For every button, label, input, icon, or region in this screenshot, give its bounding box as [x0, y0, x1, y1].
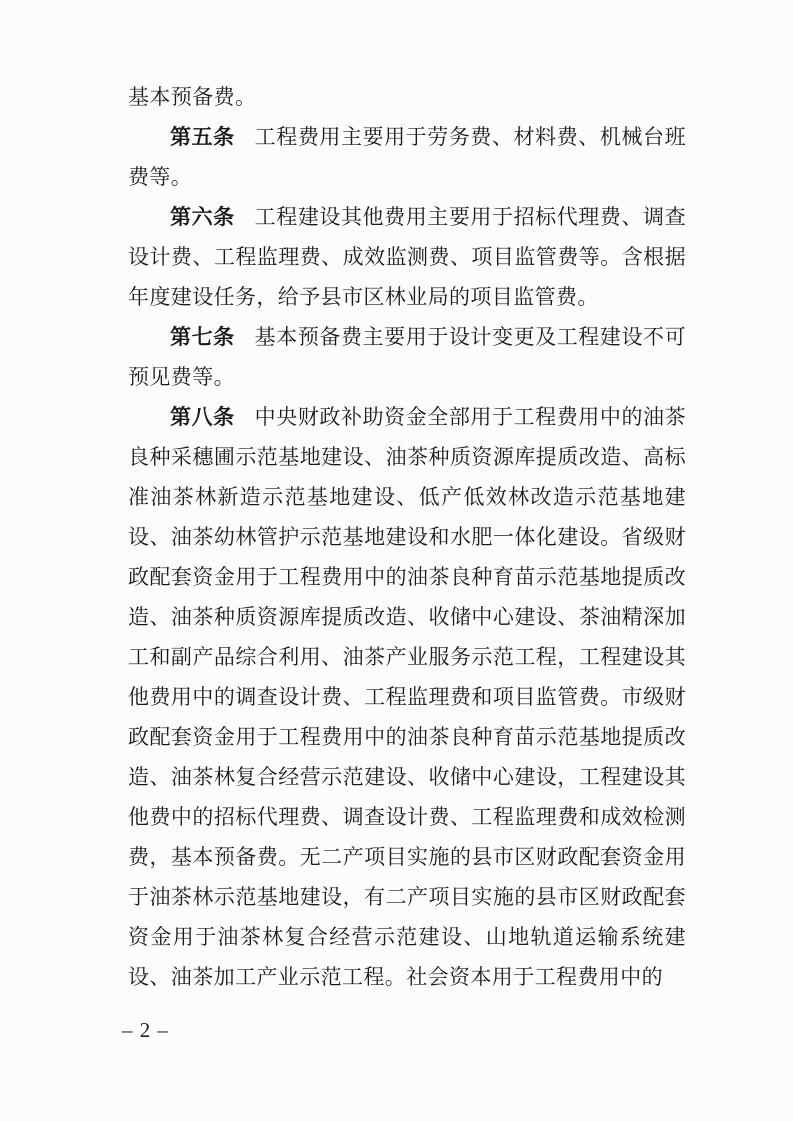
paragraph: 第七条基本预备费主要用于设计变更及工程建设不可预见费等。	[128, 317, 686, 397]
paragraph: 基本预备费。	[128, 77, 686, 117]
paragraph: 第五条工程费用主要用于劳务费、材料费、机械台班费等。	[128, 117, 686, 197]
paragraph-text: 中央财政补助资金全部用于工程费用中的油茶良种采穗圃示范基地建设、油茶种质资源库提…	[128, 405, 686, 989]
article-number-label: 第五条	[170, 125, 235, 149]
article-number-label: 第七条	[170, 325, 235, 349]
article-number-label: 第六条	[170, 205, 235, 229]
paragraph-text: 基本预备费。	[128, 85, 256, 109]
article-number-label: 第八条	[170, 405, 235, 429]
document-body: 基本预备费。 第五条工程费用主要用于劳务费、材料费、机械台班费等。 第六条工程建…	[128, 77, 686, 997]
document-page: 基本预备费。 第五条工程费用主要用于劳务费、材料费、机械台班费等。 第六条工程建…	[0, 0, 793, 1121]
page-number: – 2 –	[122, 1016, 169, 1044]
paragraph: 第六条工程建设其他费用主要用于招标代理费、调查设计费、工程监理费、成效监测费、项…	[128, 197, 686, 317]
paragraph: 第八条中央财政补助资金全部用于工程费用中的油茶良种采穗圃示范基地建设、油茶种质资…	[128, 397, 686, 997]
